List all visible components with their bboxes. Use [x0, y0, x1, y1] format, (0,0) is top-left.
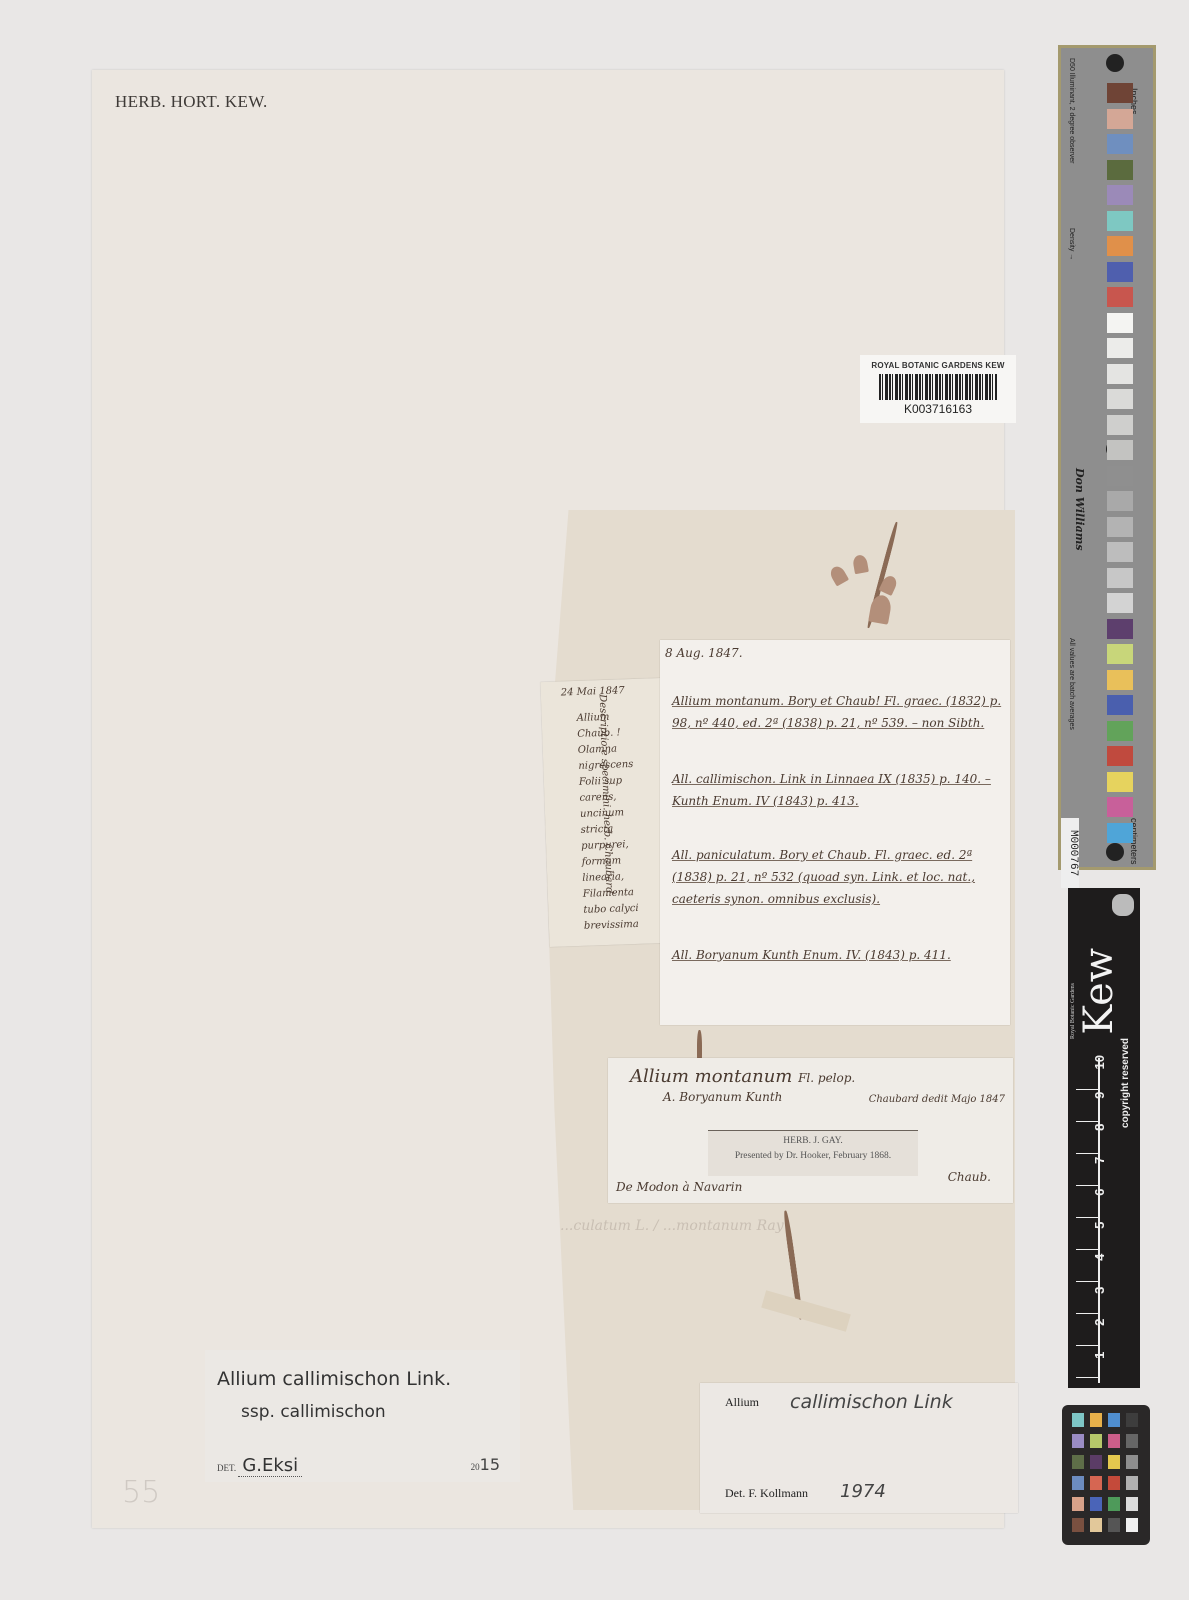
kew-crest-icon: [1112, 894, 1134, 916]
note-date: 8 Aug. 1847.: [665, 646, 743, 660]
color-swatch: [1107, 746, 1133, 766]
illuminant-label: D50 Illuminant, 2 degree observer: [1068, 58, 1075, 163]
barcode-organization: ROYAL BOTANIC GARDENS KEW: [860, 361, 1016, 370]
reference-code: M000767: [1061, 818, 1079, 888]
checker-patch: [1108, 1434, 1120, 1448]
color-swatch: [1107, 134, 1133, 154]
herb-gay-label: Allium montanum Fl. pelop. A. Boryanum K…: [608, 1058, 1013, 1203]
color-checker-card: [1062, 1405, 1150, 1545]
color-swatch: [1107, 338, 1133, 358]
color-swatch: [1107, 823, 1133, 843]
color-swatch: [1107, 721, 1133, 741]
checker-patch: [1126, 1434, 1138, 1448]
checker-patch: [1108, 1497, 1120, 1511]
color-swatch: [1107, 440, 1133, 460]
note-paragraph: Allium montanum. Bory et Chaub! Fl. grae…: [672, 690, 1002, 734]
determination-slip-2015: Allium callimischon Link. ssp. callimisc…: [205, 1350, 520, 1482]
det-year: 1974: [840, 1481, 886, 1502]
det-by: Det. F. Kollmann: [725, 1486, 808, 1501]
det-species: callimischon Link: [790, 1391, 953, 1413]
color-swatch: [1107, 491, 1133, 511]
color-swatch: [1107, 185, 1133, 205]
checker-patch: [1090, 1518, 1102, 1532]
checker-patch: [1090, 1497, 1102, 1511]
color-swatch: [1107, 364, 1133, 384]
color-swatch: [1107, 160, 1133, 180]
checker-patch: [1108, 1518, 1120, 1532]
printed-slip: HERB. J. GAY. Presented by Dr. Hooker, F…: [708, 1130, 918, 1176]
checker-patch: [1126, 1455, 1138, 1469]
copyright-label: copyright reserved: [1120, 1038, 1131, 1128]
color-swatch: [1107, 287, 1133, 307]
barcode-label: ROYAL BOTANIC GARDENS KEW K003716163: [860, 355, 1016, 423]
barcode-icon: [879, 374, 997, 400]
det-genus: Allium: [725, 1395, 759, 1410]
color-swatch: [1107, 695, 1133, 715]
kew-scale-bar: Kew Royal Botanic Gardens copyright rese…: [1068, 888, 1140, 1388]
checker-patch: [1108, 1455, 1120, 1469]
color-swatch: [1107, 517, 1133, 537]
det-subspecies: ssp. callimischon: [241, 1402, 386, 1422]
color-swatch: [1107, 109, 1133, 129]
color-calibration-bar: Inches D50 Illuminant, 2 degree observer…: [1058, 45, 1156, 870]
checker-patch: [1072, 1455, 1084, 1469]
checker-patch: [1126, 1413, 1138, 1427]
color-swatch: [1107, 670, 1133, 690]
color-swatch: [1107, 313, 1133, 333]
note-date: 24 Mai 1847: [561, 685, 625, 698]
note-lines: Allium Chaub. ! Olamna nigrescens Folii …: [576, 709, 639, 935]
color-swatch: [1107, 389, 1133, 409]
label-collector-note: Chaubard dedit Majo 1847: [869, 1094, 1005, 1105]
faded-annotation: ...culatum L. / ...montanum Ray: [560, 1218, 784, 1234]
color-swatch: [1107, 415, 1133, 435]
scale-numbers: 10987654321: [1100, 1046, 1116, 1371]
synonymy-note: 8 Aug. 1847. Allium montanum. Bory et Ch…: [660, 640, 1010, 1025]
checker-patch: [1090, 1455, 1102, 1469]
checker-patch: [1090, 1413, 1102, 1427]
checker-patch: [1072, 1476, 1084, 1490]
batch-note: All values are batch averages: [1068, 638, 1075, 730]
registration-dot-icon: [1106, 843, 1124, 861]
barcode-number: K003716163: [860, 402, 1016, 416]
checker-patch: [1108, 1413, 1120, 1427]
herbarium-header: HERB. HORT. KEW.: [115, 92, 268, 112]
color-swatch: [1107, 236, 1133, 256]
det-name: Allium callimischon Link.: [217, 1368, 451, 1390]
note-paragraph: All. Boryanum Kunth Enum. IV. (1843) p. …: [672, 944, 1002, 966]
color-swatch: [1107, 542, 1133, 562]
color-swatch: [1107, 619, 1133, 639]
kew-subtitle: Royal Botanic Gardens: [1070, 983, 1076, 1039]
kew-logo: Kew: [1076, 948, 1122, 1035]
registration-dot-icon: [1106, 54, 1124, 72]
checker-patch: [1126, 1497, 1138, 1511]
color-swatch: [1107, 568, 1133, 588]
label-synonym: A. Boryanum Kunth: [663, 1090, 782, 1104]
checker-patch: [1126, 1476, 1138, 1490]
old-description-note: 24 Mai 1847 Descriptio è specimini. herb…: [540, 678, 669, 947]
determination-slip-1974: Allium callimischon Link Det. F. Kollman…: [700, 1383, 1018, 1513]
label-name: Allium montanum Fl. pelop.: [630, 1066, 855, 1087]
checker-patch: [1108, 1476, 1120, 1490]
brand-label: Don Williams: [1073, 468, 1086, 551]
checker-patch: [1090, 1434, 1102, 1448]
color-swatch: [1107, 772, 1133, 792]
sheet-number: 55: [122, 1475, 160, 1510]
color-swatch: [1107, 797, 1133, 817]
color-swatch: [1107, 644, 1133, 664]
checker-patch: [1072, 1434, 1084, 1448]
det-year: 2015: [471, 1455, 500, 1474]
label-signature: Chaub.: [948, 1170, 991, 1184]
color-swatch: [1107, 262, 1133, 282]
checker-patch: [1072, 1413, 1084, 1427]
density-label: Density →: [1068, 228, 1075, 260]
checker-patch: [1126, 1518, 1138, 1532]
color-swatch: [1107, 466, 1133, 486]
color-swatch: [1107, 83, 1133, 103]
note-paragraph: All. callimischon. Link in Linnaea IX (1…: [672, 768, 1002, 812]
color-swatch: [1107, 593, 1133, 613]
checker-patch: [1090, 1476, 1102, 1490]
color-swatch: [1107, 211, 1133, 231]
label-locality: De Modon à Navarin: [616, 1180, 742, 1194]
checker-patch: [1072, 1518, 1084, 1532]
note-paragraph: All. paniculatum. Bory et Chaub. Fl. gra…: [672, 844, 1002, 910]
det-by: DET. G.Eksi: [217, 1455, 302, 1476]
checker-patch: [1072, 1497, 1084, 1511]
